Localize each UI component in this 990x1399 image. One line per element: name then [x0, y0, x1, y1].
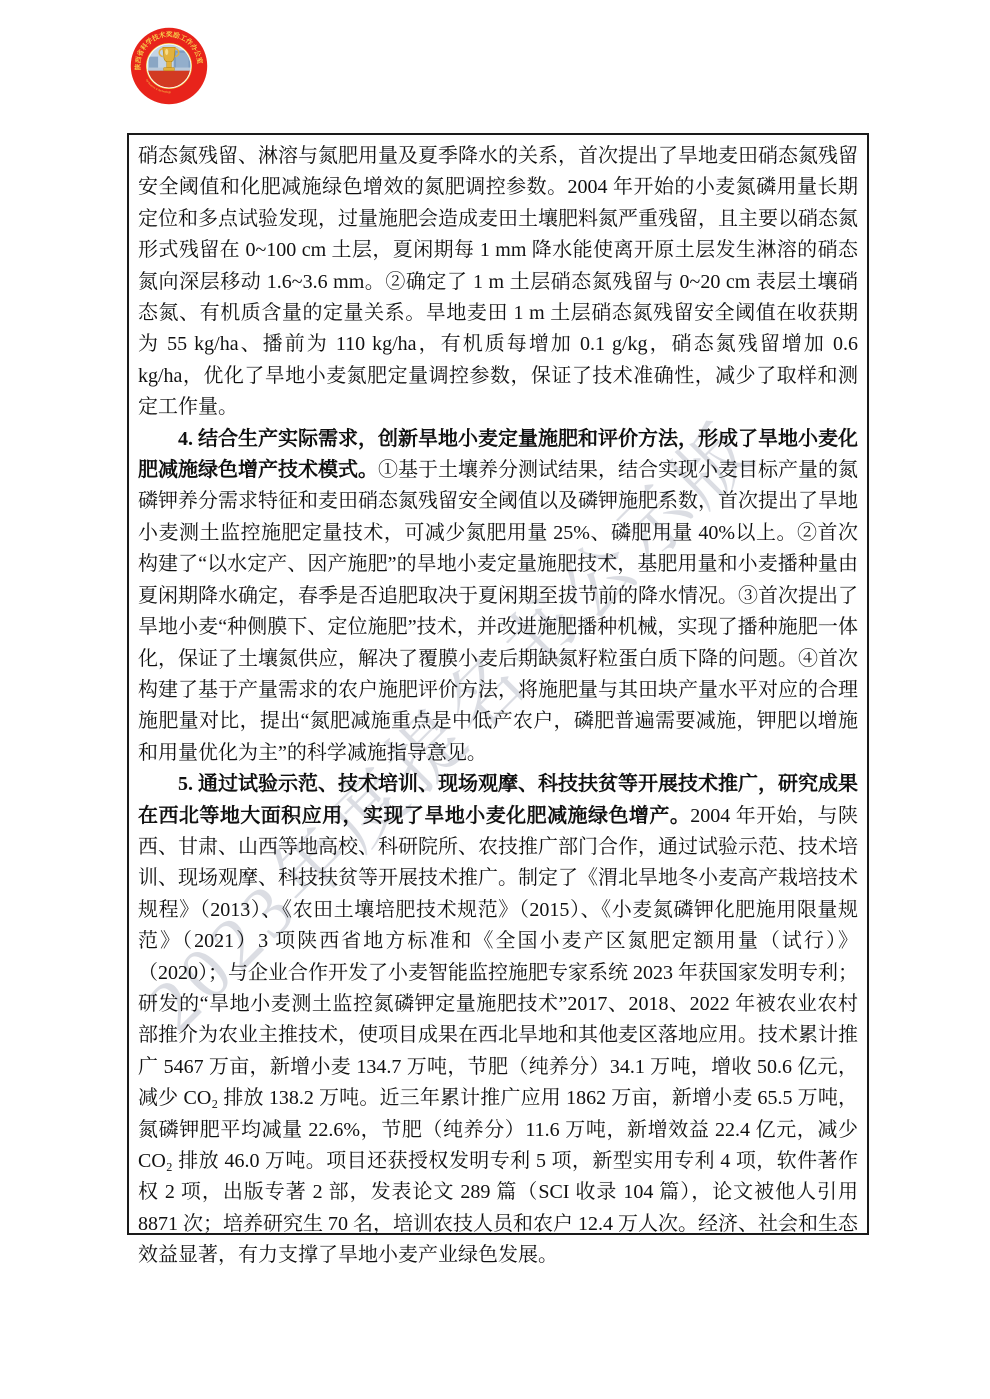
paragraph: 4. 结合生产实际需求，创新旱地小麦定量施肥和评价方法，形成了旱地小麦化肥减施绿… [138, 424, 858, 769]
paragraph-text: ①基于土壤养分测试结果，结合实现小麦目标产量的氮磷钾养分需求特征和麦田硝态氮残留… [138, 459, 858, 764]
office-seal-logo: 陕西省科学技术奖励工作办公室 Of Science & Technology [130, 27, 208, 105]
paragraph-text: 硝态氮残留、淋溶与氮肥用量及夏季降水的关系，首次提出了旱地麦田硝态氮残留安全阈值… [138, 145, 858, 418]
document-page: 陕西省科学技术奖励工作办公室 Of Science & Technology 2… [0, 0, 990, 1399]
document-body: 硝态氮残留、淋溶与氮肥用量及夏季降水的关系，首次提出了旱地麦田硝态氮残留安全阈值… [138, 141, 858, 1272]
paragraph: 5. 通过试验示范、技术培训、现场观摩、科技扶贫等开展技术推广，研究成果在西北等… [138, 769, 858, 1272]
paragraph: 硝态氮残留、淋溶与氮肥用量及夏季降水的关系，首次提出了旱地麦田硝态氮残留安全阈值… [138, 141, 858, 424]
seal-icon: 陕西省科学技术奖励工作办公室 Of Science & Technology [130, 27, 208, 105]
paragraph-text: 2004 年开始，与陕西、甘肃、山西等地高校、科研院所、农技推广部门合作，通过试… [138, 805, 858, 1267]
document-border-box: 硝态氮残留、淋溶与氮肥用量及夏季降水的关系，首次提出了旱地麦田硝态氮残留安全阈值… [127, 133, 869, 1235]
